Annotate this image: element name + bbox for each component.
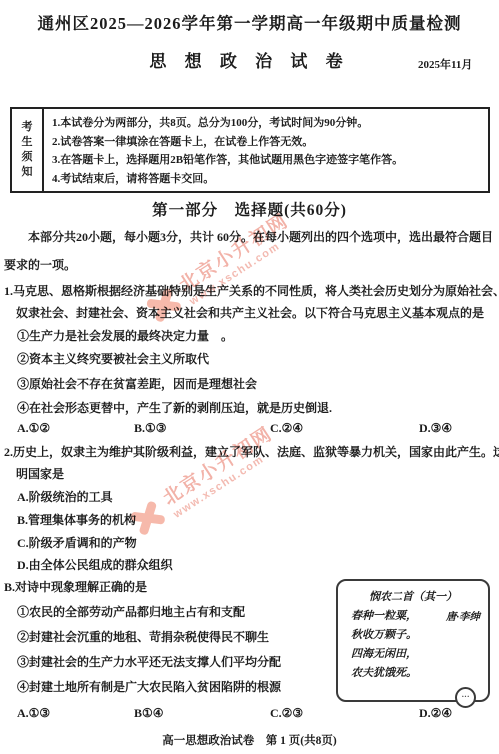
poem-line: 秋收万颗子。 <box>351 626 417 645</box>
notice-label-char: 须 <box>22 150 33 165</box>
notice-item: 2.试卷答案一律填涂在答题卡上，在试卷上作答无效。 <box>52 133 480 152</box>
question-3-option-b: B①④ <box>134 706 164 721</box>
notice-item: 3.在答题卡上，选择题用2B铅笔作答，其他试题用黑色字迹签字笔作答。 <box>52 151 480 170</box>
question-1-option-c: C.②④ <box>270 421 303 436</box>
question-1-stem: 1.马克思、恩格斯根据经济基础特别是生产关系的不同性质，将人类社会历史划分为原始… <box>4 282 499 299</box>
section-intro-line: 要求的一项。 <box>4 256 76 273</box>
watermark: 北京小升初网 www.xschu.com <box>121 419 284 544</box>
question-3-option-a: A.①③ <box>17 706 50 721</box>
notice-label-char: 知 <box>22 165 33 180</box>
question-1-choice: ②资本主义终究要被社会主义所取代 <box>17 350 209 367</box>
question-3-stem: B.对诗中现象理解正确的是 <box>4 578 147 595</box>
poem-author: 唐·李绅 <box>446 609 480 624</box>
section-intro-line: 本部分共20小题，每小题3分，共计 60分。在每小题列出的四个选项中，选出最符合… <box>4 228 493 245</box>
notice-label-char: 生 <box>22 135 33 150</box>
question-3-choice: ③封建社会的生产力水平还无法支撑人们平均分配 <box>17 653 281 670</box>
section-heading: 第一部分 选择题(共60分) <box>0 198 499 220</box>
notice-label-char: 考 <box>22 120 33 135</box>
notice-item: 4.考试结束后，请将答题卡交回。 <box>52 170 480 189</box>
question-1-option-a: A.①② <box>17 421 50 436</box>
poem-line: 春种一粒粟， <box>351 607 417 626</box>
question-1-choice: ①生产力是社会发展的最终决定力量 。 <box>17 327 233 344</box>
question-3-option-d: D.②④ <box>419 706 452 721</box>
question-3-option-c: C.②③ <box>270 706 303 721</box>
question-3-choice: ①农民的全部劳动产品都归地主占有和支配 <box>17 603 245 620</box>
question-2-option-d: D.由全体公民组成的群众组织 <box>17 556 173 573</box>
notice-label: 考 生 须 知 <box>12 109 44 191</box>
question-2-option-b: B.管理集体事务的机构 <box>17 511 136 528</box>
question-3-choice: ②封建社会沉重的地租、苛捐杂税使得民不聊生 <box>17 628 269 645</box>
question-1-option-d: D.③④ <box>419 421 452 436</box>
poem-box: 悯农二首（其一） 唐·李绅 春种一粒粟， 秋收万颗子。 四海无闲田， 农夫犹饿死… <box>336 579 490 702</box>
paper-date: 2025年11月 <box>418 56 472 72</box>
poem-line: 四海无闲田， <box>351 645 417 664</box>
examinee-notice-box: 考 生 须 知 1.本试卷分为两部分，共8页。总分为100分，考试时间为90分钟… <box>10 107 490 193</box>
question-2-stem: 明国家是 <box>16 465 64 482</box>
poem-title: 悯农二首（其一） <box>338 588 488 604</box>
question-1-choice: ④在社会形态更替中，产生了新的剥削压迫，就是历史倒退. <box>17 399 332 416</box>
question-2-stem: 2.历史上，奴隶主为维护其阶级利益，建立了军队、法庭、监狱等暴力机关，国家由此产… <box>4 443 499 460</box>
page-title: 通州区2025—2026学年第一学期高一年级期中质量检测 <box>0 10 499 34</box>
question-2-option-c: C.阶级矛盾调和的产物 <box>17 534 137 551</box>
page-footer: 高一思想政治试卷 第 1 页(共8页) <box>0 732 499 748</box>
question-1-stem: 奴隶社会、封建社会、资本主义社会和共产主义社会。以下符合马克思主义基本观点的是 <box>16 304 484 321</box>
more-icon: ··· <box>455 687 476 708</box>
poem-lines: 春种一粒粟， 秋收万颗子。 四海无闲田， 农夫犹饿死。 <box>351 607 417 683</box>
notice-item: 1.本试卷分为两部分，共8页。总分为100分，考试时间为90分钟。 <box>52 114 480 133</box>
question-2-option-a: A.阶级统治的工具 <box>17 488 113 505</box>
question-1-choice: ③原始社会不存在贫富差距，因而是理想社会 <box>17 375 257 392</box>
poem-line: 农夫犹饿死。 <box>351 664 417 683</box>
question-1-option-b: B.①③ <box>134 421 167 436</box>
watermark-brand: 北京小升初网 <box>157 419 277 510</box>
notice-items: 1.本试卷分为两部分，共8页。总分为100分，考试时间为90分钟。 2.试卷答案… <box>44 109 488 191</box>
question-3-choice: ④封建土地所有制是广大农民陷入贫困陷阱的根源 <box>17 678 281 695</box>
